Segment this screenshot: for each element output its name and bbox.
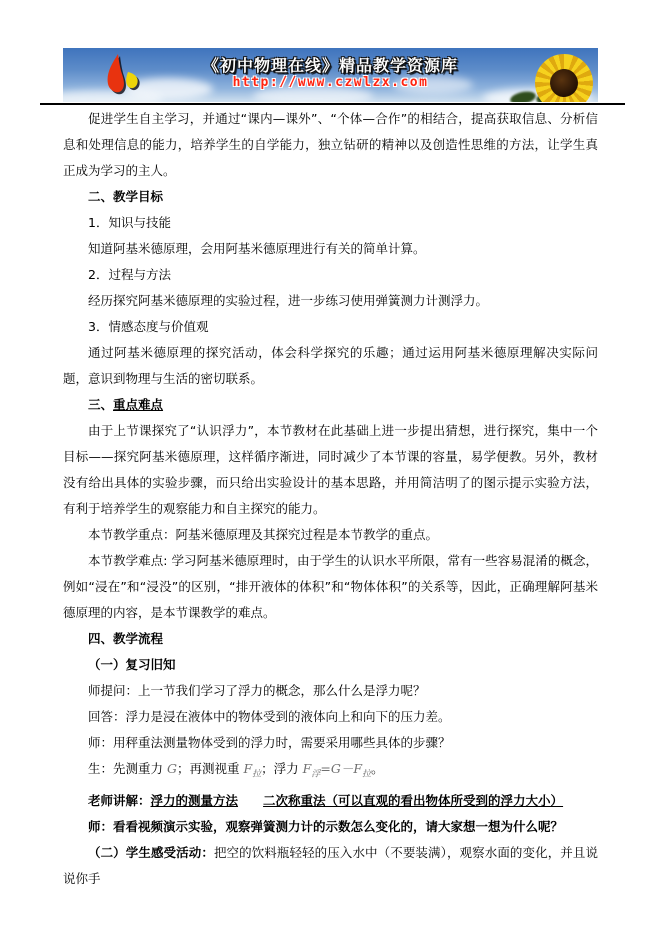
heading-teaching-process: 四、教学流程 <box>63 626 598 652</box>
text-run: 二、教学目标 <box>88 189 163 204</box>
text-run: ；浮力 <box>261 761 302 776</box>
text-run: 。 <box>371 761 384 776</box>
paragraph-goal-1-title: 1．知识与技能 <box>63 210 598 236</box>
paragraph-goal-2-body: 经历探究阿基米德原理的实验过程，进一步练习使用弹簧测力计测浮力。 <box>63 288 598 314</box>
header-banner: 《初中物理在线》精品教学资源库 http://www.czwlzx.com <box>63 48 598 102</box>
paragraph-goal-3-title: 3．情感态度与价值观 <box>63 314 598 340</box>
text-run: 促进学生自主学习，并通过“课内—课外”、“个体—合作”的相结合，提高获取信息、分… <box>63 111 598 178</box>
text-run: G <box>167 761 177 776</box>
paragraph-formula: 生：先测重力 G；再测视重 F拉；浮力 F浮=G－F拉。 <box>63 756 598 788</box>
banner-title: 《初中物理在线》精品教学资源库 <box>133 53 528 76</box>
text-run: 重点难点 <box>113 397 163 412</box>
text-run: 师：看看视频演示实验，观察弹簧测力计的示数怎么变化的，请大家想一想为什么呢？ <box>88 819 563 834</box>
text-run: F <box>353 761 362 776</box>
text-run: 回答：浮力是浸在液体中的物体受到的液体向上和向下的压力差。 <box>88 709 451 724</box>
paragraph-student-activity: （二）学生感受活动：把空的饮料瓶轻轻的压入水中（不要装满），观察水面的变化，并且… <box>63 840 598 892</box>
paragraph-teaching-focus: 本节教学重点：阿基米德原理及其探究过程是本节教学的重点。 <box>63 522 598 548</box>
paragraph-student-answer: 回答：浮力是浸在液体中的物体受到的液体向上和向下的压力差。 <box>63 704 598 730</box>
text-run: 本节教学重点：阿基米德原理及其探究过程是本节教学的重点。 <box>88 527 438 542</box>
text-run: 本节教学难点: 学习阿基米德原理时，由于学生的认识水平所限，常有一些容易混淆的概… <box>63 553 598 620</box>
text-run: = <box>320 761 330 776</box>
text-run: 生：先测重力 <box>88 761 167 776</box>
text-run: G <box>331 761 341 776</box>
paragraph-analysis: 由于上节课探究了“认识浮力”，本节教材在此基础上进一步提出猜想，进行探究，集中一… <box>63 418 598 522</box>
text-run: F <box>243 761 252 776</box>
heading-review: （一）复习旧知 <box>63 652 598 678</box>
document-page: 《初中物理在线》精品教学资源库 http://www.czwlzx.com 促进… <box>0 0 661 935</box>
text-run: 三、 <box>88 397 113 412</box>
text-run: 四、教学流程 <box>88 631 163 646</box>
text-run: 1．知识与技能 <box>88 215 171 230</box>
text-run: 经历探究阿基米德原理的实验过程，进一步练习使用弹簧测力计测浮力。 <box>88 293 488 308</box>
text-run: 由于上节课探究了“认识浮力”，本节教材在此基础上进一步提出猜想，进行探究，集中一… <box>63 423 598 516</box>
text-run: － <box>341 761 354 776</box>
paragraph-teacher-explain: 老师讲解：浮力的测量方法 二次称重法（可以直观的看出物体所受到的浮力大小） <box>63 788 598 814</box>
heading-teaching-goals: 二、教学目标 <box>63 184 598 210</box>
text-run: 2．过程与方法 <box>88 267 171 282</box>
text-run: 3．情感态度与价值观 <box>88 319 208 334</box>
text-run: 拉 <box>362 770 371 780</box>
document-body: 促进学生自主学习，并通过“课内—课外”、“个体—合作”的相结合，提高获取信息、分… <box>63 106 598 892</box>
text-run: 师提问：上一节我们学习了浮力的概念，那么什么是浮力呢？ <box>88 683 426 698</box>
heading-key-points: 三、重点难点 <box>63 392 598 418</box>
sunflower-center <box>548 67 580 99</box>
text-run <box>238 793 263 808</box>
text-run: 师：用秤重法测量物体受到的浮力时，需要采用哪些具体的步骤？ <box>88 735 451 750</box>
text-run: 知道阿基米德原理，会用阿基米德原理进行有关的简单计算。 <box>88 241 426 256</box>
text-run: （二）学生感受活动： <box>88 845 214 860</box>
header-divider <box>40 103 625 105</box>
paragraph-goal-1-body: 知道阿基米德原理，会用阿基米德原理进行有关的简单计算。 <box>63 236 598 262</box>
paragraph-teacher-steps: 师：用秤重法测量物体受到的浮力时，需要采用哪些具体的步骤？ <box>63 730 598 756</box>
banner-url[interactable]: http://www.czwlzx.com <box>103 75 558 90</box>
text-run: 通过阿基米德原理的探究活动，体会科学探究的乐趣；通过运用阿基米德原理解决实际问题… <box>63 345 598 386</box>
paragraph-goal-2-title: 2．过程与方法 <box>63 262 598 288</box>
sunflower-icon <box>531 50 597 102</box>
paragraph-goal-3-body: 通过阿基米德原理的探究活动，体会科学探究的乐趣；通过运用阿基米德原理解决实际问题… <box>63 340 598 392</box>
text-run: 老师讲解： <box>88 793 151 808</box>
paragraph-teacher-video: 师：看看视频演示实验，观察弹簧测力计的示数怎么变化的，请大家想一想为什么呢？ <box>63 814 598 840</box>
paragraph-intro: 促进学生自主学习，并通过“课内—课外”、“个体—合作”的相结合，提高获取信息、分… <box>63 106 598 184</box>
text-run: （一）复习旧知 <box>88 657 176 672</box>
text-run: 拉 <box>252 770 261 780</box>
text-run: 浮 <box>311 770 320 780</box>
paragraph-teacher-question: 师提问：上一节我们学习了浮力的概念，那么什么是浮力呢？ <box>63 678 598 704</box>
text-run: 二次称重法（可以直观的看出物体所受到的浮力大小） <box>263 793 563 808</box>
text-run: 浮力的测量方法 <box>151 793 239 808</box>
paragraph-teaching-difficulty: 本节教学难点: 学习阿基米德原理时，由于学生的认识水平所限，常有一些容易混淆的概… <box>63 548 598 626</box>
text-run: ；再测视重 <box>177 761 243 776</box>
